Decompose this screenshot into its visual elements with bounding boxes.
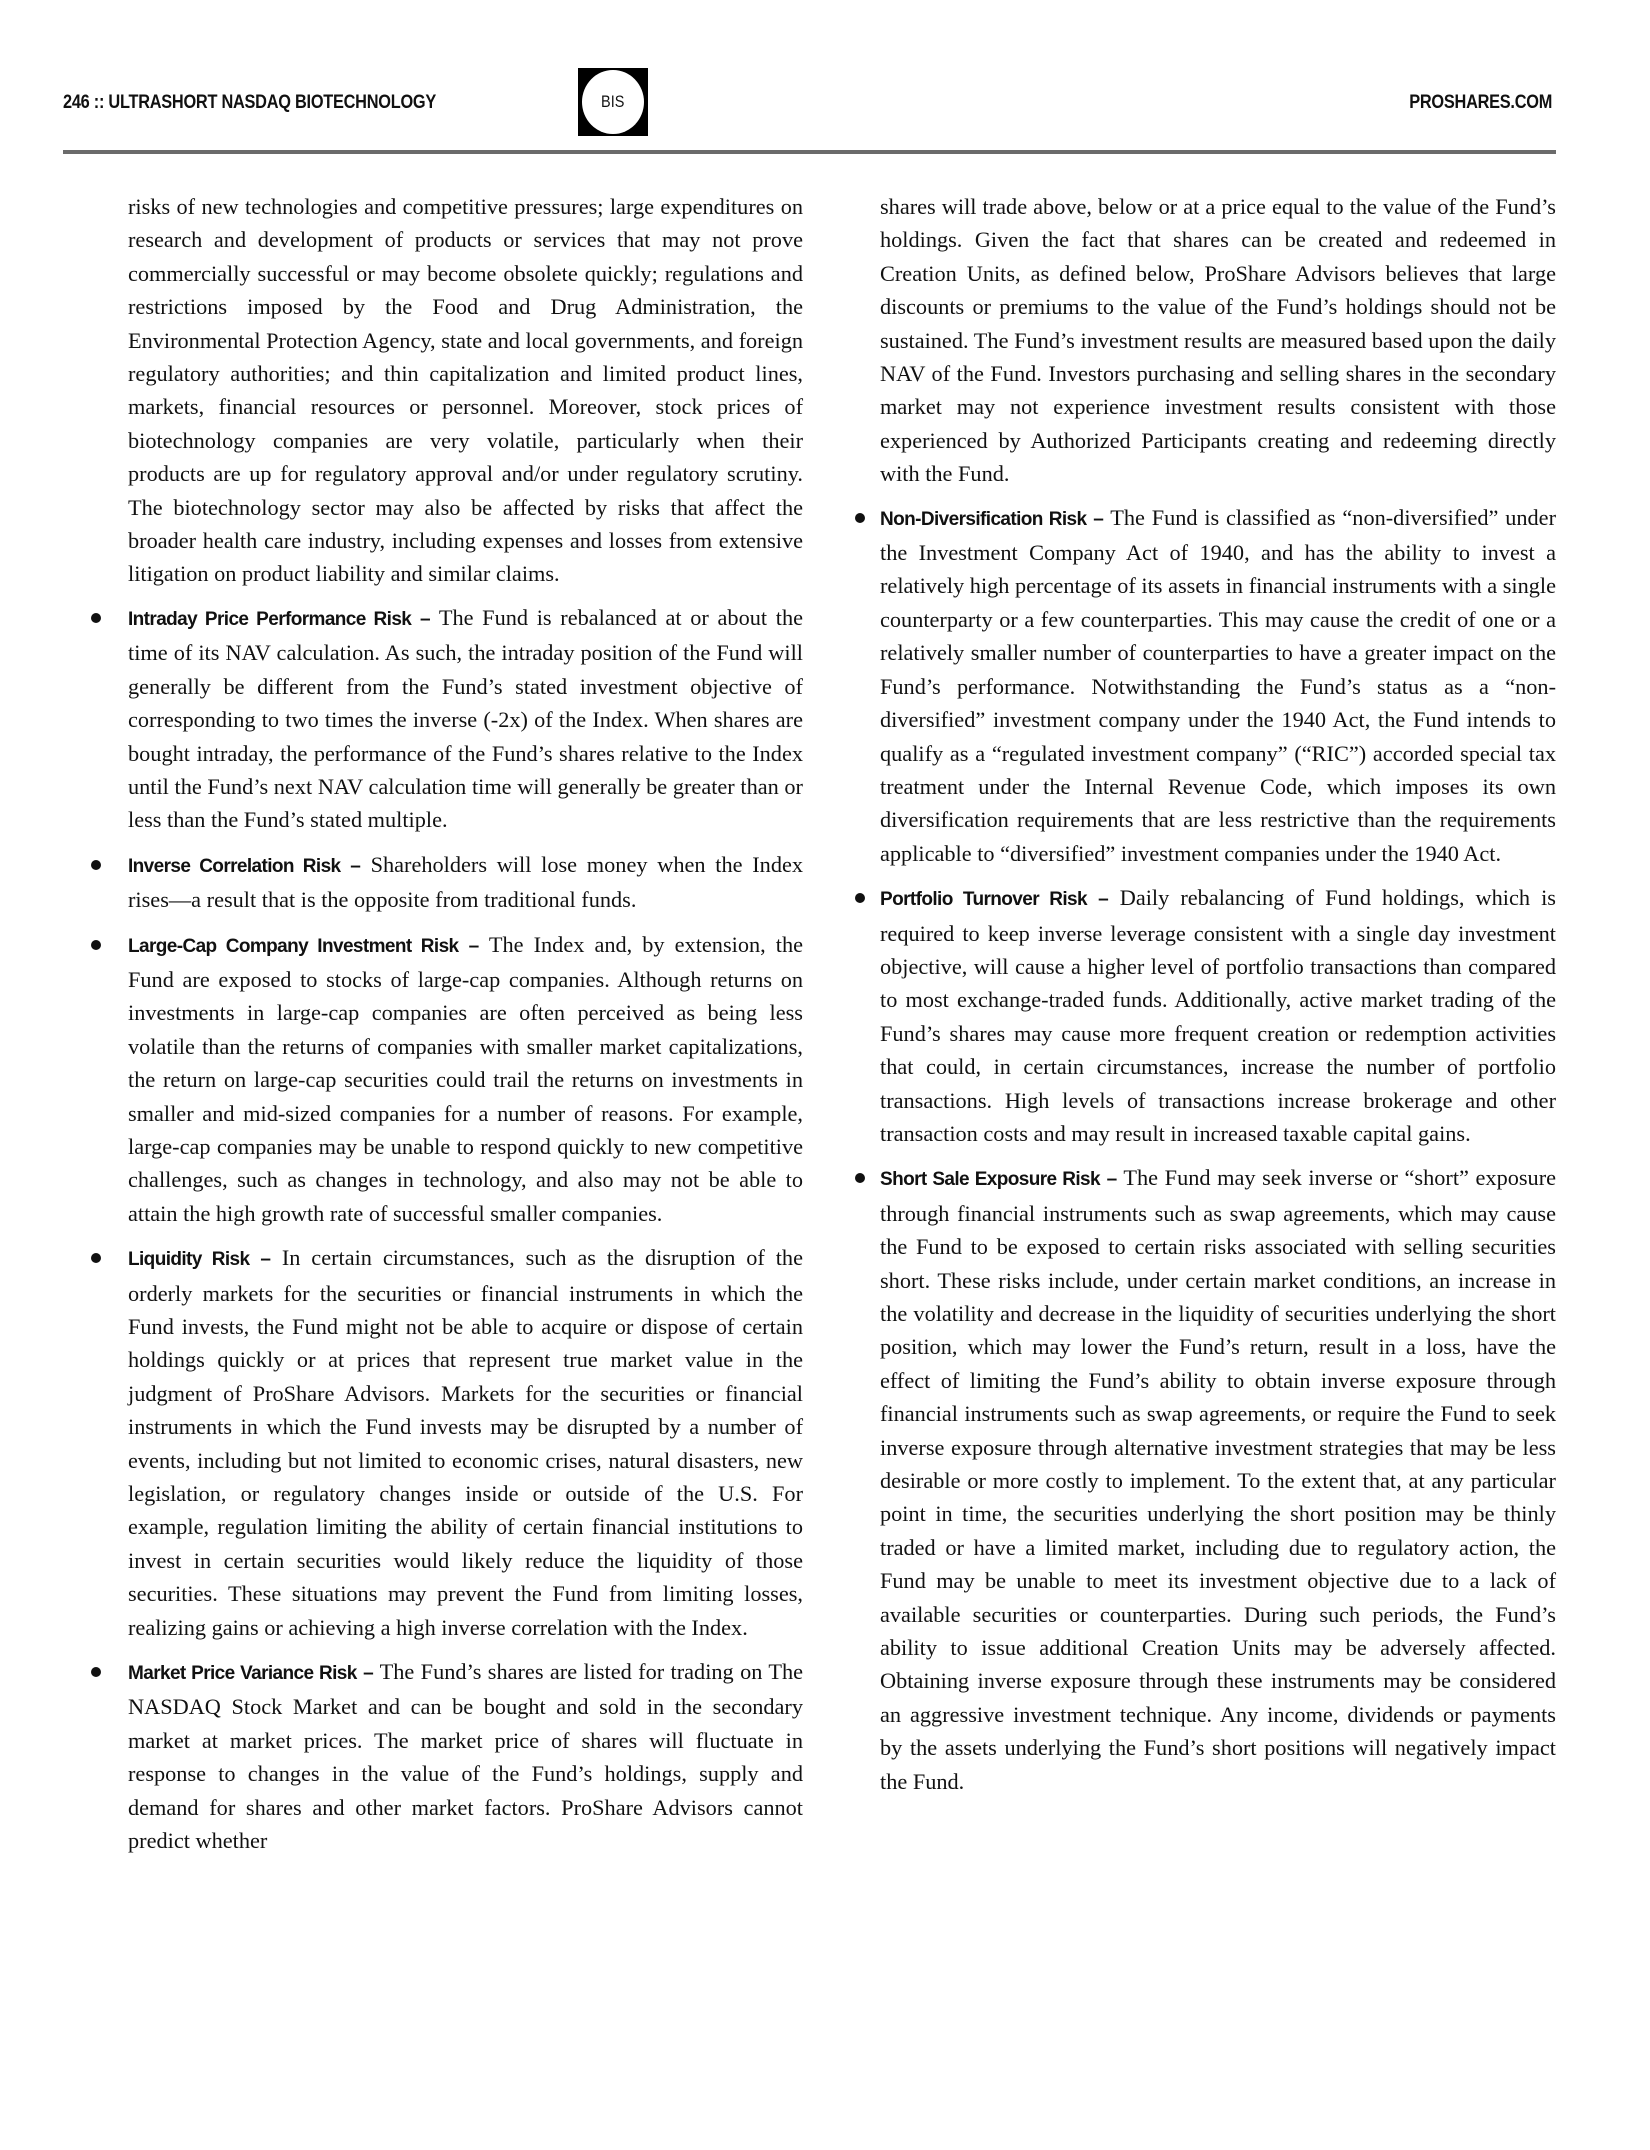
risk-body: In certain circumstances, such as the di… <box>128 1245 803 1639</box>
bullet-icon <box>91 860 101 870</box>
bullet-icon <box>855 513 865 523</box>
continued-paragraph: shares will trade above, below or at a p… <box>880 190 1556 491</box>
em-dash: – <box>1093 509 1104 530</box>
em-dash: – <box>363 1663 374 1684</box>
risk-title: Non-Diversification Risk <box>880 509 1086 530</box>
risk-item-non-diversification: Non-Diversification Risk – The Fund is c… <box>880 501 1556 870</box>
risk-item-portfolio-turnover: Portfolio Turnover Risk – Daily rebalanc… <box>880 881 1556 1150</box>
risk-title: Portfolio Turnover Risk <box>880 889 1087 910</box>
ticker-symbol: BIS <box>601 92 624 112</box>
em-dash: – <box>1098 889 1109 910</box>
risk-title: Market Price Variance Risk <box>128 1663 357 1684</box>
bullet-icon <box>855 1173 865 1183</box>
page-number-and-fund-title: 246 :: ULTRASHORT NASDAQ BIOTECHNOLOGY <box>63 92 436 114</box>
em-dash: – <box>420 609 431 630</box>
risk-item-market-price-variance: Market Price Variance Risk – The Fund’s … <box>128 1655 803 1857</box>
risk-item-large-cap-company-investment: Large-Cap Company Investment Risk – The … <box>128 928 803 1231</box>
em-dash: – <box>469 936 480 957</box>
em-dash: – <box>350 856 361 877</box>
risk-title: Intraday Price Performance Risk <box>128 609 411 630</box>
right-column: shares will trade above, below or at a p… <box>880 190 1556 1809</box>
ticker-badge-circle: BIS <box>582 70 644 134</box>
bullet-icon <box>91 940 101 950</box>
risk-body: The Index and, by extension, the Fund ar… <box>128 932 803 1226</box>
risk-item-intraday-price-performance: Intraday Price Performance Risk – The Fu… <box>128 601 803 837</box>
bullet-icon <box>91 1667 101 1677</box>
em-dash: – <box>1107 1169 1118 1190</box>
risk-item-inverse-correlation: Inverse Correlation Risk – Shareholders … <box>128 848 803 917</box>
risk-body: The Fund is classified as “non-diversifi… <box>880 505 1556 866</box>
risk-body: The Fund may seek inverse or “short” exp… <box>880 1165 1556 1793</box>
risk-title: Large-Cap Company Investment Risk <box>128 936 459 957</box>
em-dash: – <box>260 1249 271 1270</box>
site-url: PROSHARES.COM <box>1409 92 1552 114</box>
left-column: risks of new technologies and competitiv… <box>128 190 803 1869</box>
risk-body: The Fund is rebalanced at or about the t… <box>128 605 803 832</box>
continued-paragraph: risks of new technologies and competitiv… <box>128 190 803 591</box>
risk-item-liquidity: Liquidity Risk – In certain circumstance… <box>128 1241 803 1644</box>
risk-body: The Fund’s shares are listed for trad­in… <box>128 1659 803 1853</box>
risk-body: Daily rebalancing of Fund holdings, whic… <box>880 885 1556 1146</box>
page-header: 246 :: ULTRASHORT NASDAQ BIOTECHNOLOGY B… <box>0 0 1650 160</box>
risk-item-short-sale-exposure: Short Sale Exposure Risk – The Fund may … <box>880 1161 1556 1798</box>
bullet-icon <box>91 613 101 623</box>
risk-title: Inverse Correlation Risk <box>128 856 341 877</box>
bullet-icon <box>855 893 865 903</box>
risk-title: Liquidity Risk <box>128 1249 249 1270</box>
risk-title: Short Sale Exposure Risk <box>880 1169 1100 1190</box>
bullet-icon <box>91 1253 101 1263</box>
header-divider <box>63 150 1556 154</box>
ticker-badge: BIS <box>578 68 648 136</box>
